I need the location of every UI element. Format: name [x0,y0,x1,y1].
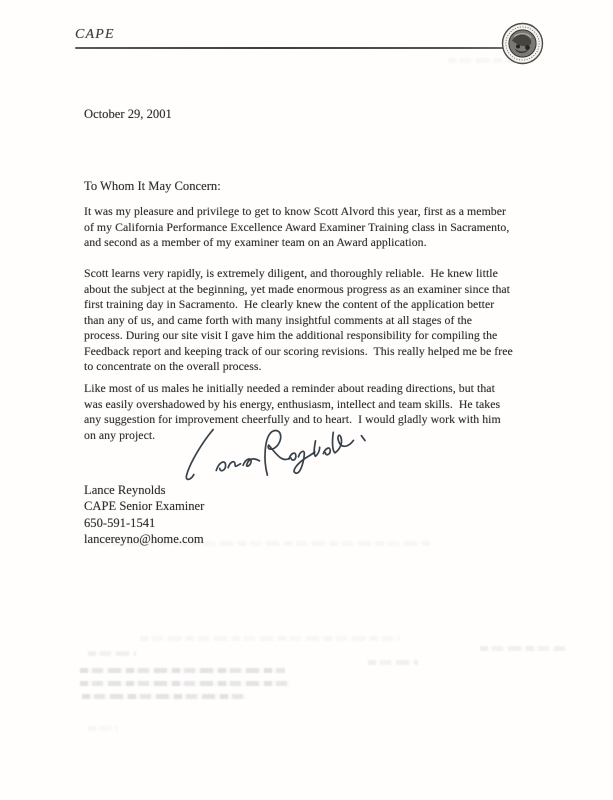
letter-date: October 29, 2001 [84,107,172,122]
bleed-through-line [80,681,290,686]
sender-name: Lance Reynolds [84,482,204,498]
sender-phone: 650-591-1541 [84,515,204,531]
bleed-through-line [140,636,400,641]
bleed-through-line [88,726,118,731]
letter-salutation: To Whom It May Concern: [84,179,221,194]
bleed-through-line [448,58,514,63]
bleed-through-line [82,694,247,699]
letterhead-brand: CAPE [75,27,115,43]
bleed-through-line [480,646,565,651]
letter-paragraph-2: Scott learns very rapidly, is extremely … [84,266,613,375]
bleed-through-line [88,651,136,656]
sender-title: CAPE Senior Examiner [84,498,204,514]
bleed-through-line [100,541,430,546]
signature-block: Lance Reynolds CAPE Senior Examiner 650-… [84,482,204,548]
bleed-through-line [368,660,418,665]
letter-paragraph-1: It was my pleasure and privilege to get … [84,204,613,251]
letterhead-rule [75,47,504,49]
scanned-letter-page: CAPE October 29, 2001 To Whom It May Con… [0,0,613,800]
bleed-through-line [80,668,285,673]
